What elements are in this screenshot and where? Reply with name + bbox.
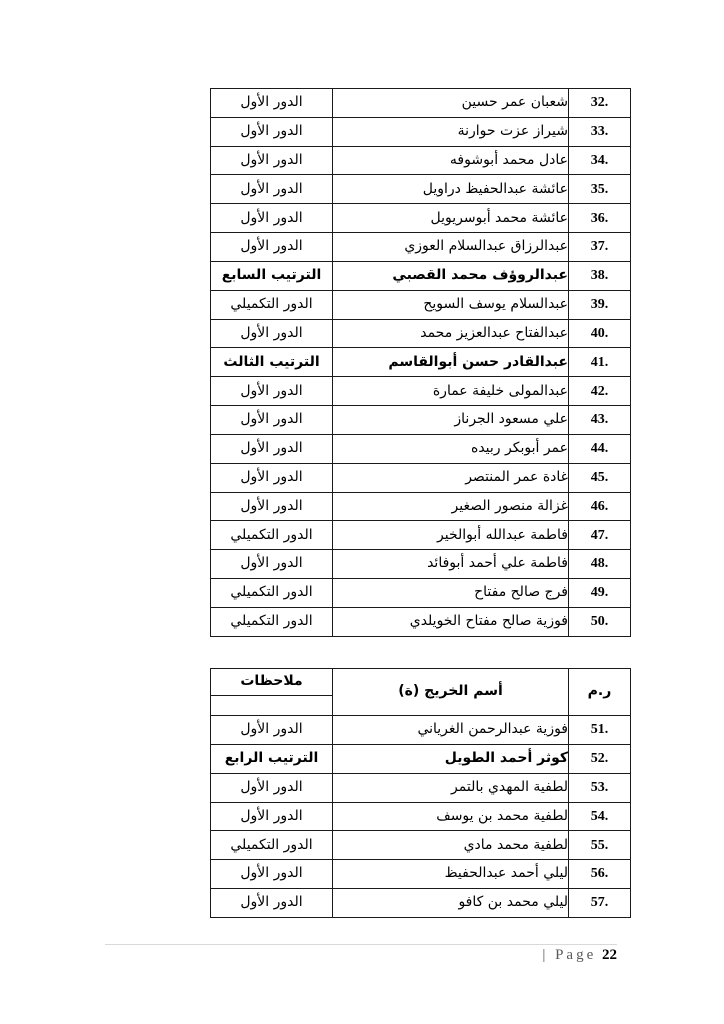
- row-number-cell: 34.: [569, 146, 631, 175]
- table-row: 57.ليلي محمد بن كافوالدور الأول: [211, 889, 631, 918]
- graduate-name-cell: عائشة محمد أبوسريويل: [333, 204, 569, 233]
- notes-cell: الدور الأول: [211, 175, 333, 204]
- graduate-name-cell: عبدالسلام يوسف السويح: [333, 290, 569, 319]
- graduate-name-cell: فوزية عبدالرحمن الغرياني: [333, 716, 569, 745]
- notes-cell: الدور التكميلي: [211, 831, 333, 860]
- graduate-name-cell: علي مسعود الجرناز: [333, 406, 569, 435]
- header-serial-number: ر.م: [569, 669, 631, 716]
- graduate-name-cell: عبدالمولى خليفة عمارة: [333, 377, 569, 406]
- table-row: 34.عادل محمد أبوشوفهالدور الأول: [211, 146, 631, 175]
- row-number-cell: 39.: [569, 290, 631, 319]
- table-row: 48.فاطمة علي أحمد أبوفائدالدور الأول: [211, 550, 631, 579]
- row-number-cell: 42.: [569, 377, 631, 406]
- graduate-name-cell: لطفية محمد مادي: [333, 831, 569, 860]
- notes-cell: الدور الأول: [211, 434, 333, 463]
- table-row: 33.شيراز عزت حوارنةالدور الأول: [211, 117, 631, 146]
- row-number-cell: 46.: [569, 492, 631, 521]
- graduate-name-cell: فوزية صالح مفتاح الخويلدي: [333, 607, 569, 636]
- table-row: 54.لطفية محمد بن يوسفالدور الأول: [211, 802, 631, 831]
- row-number-cell: 41.: [569, 348, 631, 377]
- header-notes-empty-cell: [211, 696, 333, 716]
- row-number-cell: 53.: [569, 773, 631, 802]
- notes-cell: الدور الأول: [211, 89, 333, 118]
- graduate-name-cell: ليلي أحمد عبدالحفيظ: [333, 860, 569, 889]
- notes-cell: الدور التكميلي: [211, 521, 333, 550]
- row-number-cell: 52.: [569, 744, 631, 773]
- table-row: 52.كوثر أحمد الطويلالترتيب الرابع: [211, 744, 631, 773]
- row-number-cell: 43.: [569, 406, 631, 435]
- table-row: 32.شعبان عمر حسينالدور الأول: [211, 89, 631, 118]
- graduate-name-cell: عبدالقادر حسن أبوالقاسم: [333, 348, 569, 377]
- table-header-row: ر.م أسم الخريج (ة) ملاحظات: [211, 669, 631, 696]
- notes-cell: الدور الأول: [211, 492, 333, 521]
- notes-cell: الدور الأول: [211, 377, 333, 406]
- notes-cell: الدور الأول: [211, 773, 333, 802]
- graduate-name-cell: شعبان عمر حسين: [333, 89, 569, 118]
- table-row: 37.عبدالرزاق عبدالسلام العوزيالدور الأول: [211, 233, 631, 262]
- graduate-name-cell: فاطمة عبدالله أبوالخير: [333, 521, 569, 550]
- table-row: 39.عبدالسلام يوسف السويحالدور التكميلي: [211, 290, 631, 319]
- notes-cell: الترتيب الثالث: [211, 348, 333, 377]
- notes-cell: الدور التكميلي: [211, 607, 333, 636]
- graduate-name-cell: عمر أبوبكر ربيده: [333, 434, 569, 463]
- graduate-name-cell: غزالة منصور الصغير: [333, 492, 569, 521]
- table-row: 38.عبدالروؤف محمد القصبيالترتيب السابع: [211, 261, 631, 290]
- row-number-cell: 35.: [569, 175, 631, 204]
- row-number-cell: 57.: [569, 889, 631, 918]
- document-page: 32.شعبان عمر حسينالدور الأول33.شيراز عزت…: [0, 0, 724, 1024]
- notes-cell: الدور التكميلي: [211, 579, 333, 608]
- row-number-cell: 44.: [569, 434, 631, 463]
- notes-cell: الدور الأول: [211, 204, 333, 233]
- graduate-name-cell: عادل محمد أبوشوفه: [333, 146, 569, 175]
- table-row: 49.فرج صالح مفتاحالدور التكميلي: [211, 579, 631, 608]
- graduate-name-cell: شيراز عزت حوارنة: [333, 117, 569, 146]
- header-graduate-name: أسم الخريج (ة): [333, 669, 569, 716]
- notes-cell: الدور الأول: [211, 233, 333, 262]
- table-row: 45.غادة عمر المنتصرالدور الأول: [211, 463, 631, 492]
- table-row: 35.عائشة عبدالحفيظ دراويلالدور الأول: [211, 175, 631, 204]
- graduate-name-cell: عبدالفتاح عبدالعزيز محمد: [333, 319, 569, 348]
- notes-cell: الدور الأول: [211, 146, 333, 175]
- table-row: 55.لطفية محمد ماديالدور التكميلي: [211, 831, 631, 860]
- table-row: 43.علي مسعود الجرنازالدور الأول: [211, 406, 631, 435]
- table-row: 42.عبدالمولى خليفة عمارةالدور الأول: [211, 377, 631, 406]
- row-number-cell: 56.: [569, 860, 631, 889]
- row-number-cell: 47.: [569, 521, 631, 550]
- graduate-name-cell: فاطمة علي أحمد أبوفائد: [333, 550, 569, 579]
- table-row: 36.عائشة محمد أبوسريويلالدور الأول: [211, 204, 631, 233]
- table-row: 41.عبدالقادر حسن أبوالقاسمالترتيب الثالث: [211, 348, 631, 377]
- notes-cell: الترتيب الرابع: [211, 744, 333, 773]
- table-row: 53.لطفية المهدي بالتمرالدور الأول: [211, 773, 631, 802]
- notes-cell: الدور الأول: [211, 319, 333, 348]
- graduate-name-cell: عبدالرزاق عبدالسلام العوزي: [333, 233, 569, 262]
- row-number-cell: 50.: [569, 607, 631, 636]
- footer-page-number: 22: [602, 947, 617, 963]
- notes-cell: الدور التكميلي: [211, 290, 333, 319]
- footer-page-label: | Page: [542, 947, 596, 963]
- row-number-cell: 37.: [569, 233, 631, 262]
- table-row: 44.عمر أبوبكر ربيدهالدور الأول: [211, 434, 631, 463]
- notes-cell: الترتيب السابع: [211, 261, 333, 290]
- row-number-cell: 38.: [569, 261, 631, 290]
- graduate-name-cell: لطفية محمد بن يوسف: [333, 802, 569, 831]
- notes-cell: الدور الأول: [211, 406, 333, 435]
- row-number-cell: 48.: [569, 550, 631, 579]
- notes-cell: الدور الأول: [211, 117, 333, 146]
- table-row: 51.فوزية عبدالرحمن الغريانيالدور الأول: [211, 716, 631, 745]
- row-number-cell: 33.: [569, 117, 631, 146]
- table-row: 56.ليلي أحمد عبدالحفيظالدور الأول: [211, 860, 631, 889]
- row-number-cell: 54.: [569, 802, 631, 831]
- graduates-table-rows-32-50: 32.شعبان عمر حسينالدور الأول33.شيراز عزت…: [210, 88, 631, 637]
- graduate-name-cell: ليلي محمد بن كافو: [333, 889, 569, 918]
- notes-cell: الدور الأول: [211, 463, 333, 492]
- notes-cell: الدور الأول: [211, 802, 333, 831]
- notes-cell: الدور الأول: [211, 860, 333, 889]
- row-number-cell: 49.: [569, 579, 631, 608]
- table-row: 46.غزالة منصور الصغيرالدور الأول: [211, 492, 631, 521]
- row-number-cell: 32.: [569, 89, 631, 118]
- header-notes: ملاحظات: [211, 669, 333, 696]
- page-footer: | Page 22: [105, 947, 617, 964]
- row-number-cell: 36.: [569, 204, 631, 233]
- graduate-name-cell: فرج صالح مفتاح: [333, 579, 569, 608]
- row-number-cell: 45.: [569, 463, 631, 492]
- table-row: 47.فاطمة عبدالله أبوالخيرالدور التكميلي: [211, 521, 631, 550]
- row-number-cell: 55.: [569, 831, 631, 860]
- notes-cell: الدور الأول: [211, 550, 333, 579]
- graduate-name-cell: لطفية المهدي بالتمر: [333, 773, 569, 802]
- table-row: 50.فوزية صالح مفتاح الخويلديالدور التكمي…: [211, 607, 631, 636]
- row-number-cell: 51.: [569, 716, 631, 745]
- footer-divider-line: [105, 944, 617, 945]
- graduates-table-rows-51-57: ر.م أسم الخريج (ة) ملاحظات 51.فوزية عبدا…: [210, 668, 631, 918]
- graduate-name-cell: عائشة عبدالحفيظ دراويل: [333, 175, 569, 204]
- notes-cell: الدور الأول: [211, 716, 333, 745]
- graduate-name-cell: غادة عمر المنتصر: [333, 463, 569, 492]
- row-number-cell: 40.: [569, 319, 631, 348]
- graduate-name-cell: عبدالروؤف محمد القصبي: [333, 261, 569, 290]
- notes-cell: الدور الأول: [211, 889, 333, 918]
- table-row: 40.عبدالفتاح عبدالعزيز محمدالدور الأول: [211, 319, 631, 348]
- graduate-name-cell: كوثر أحمد الطويل: [333, 744, 569, 773]
